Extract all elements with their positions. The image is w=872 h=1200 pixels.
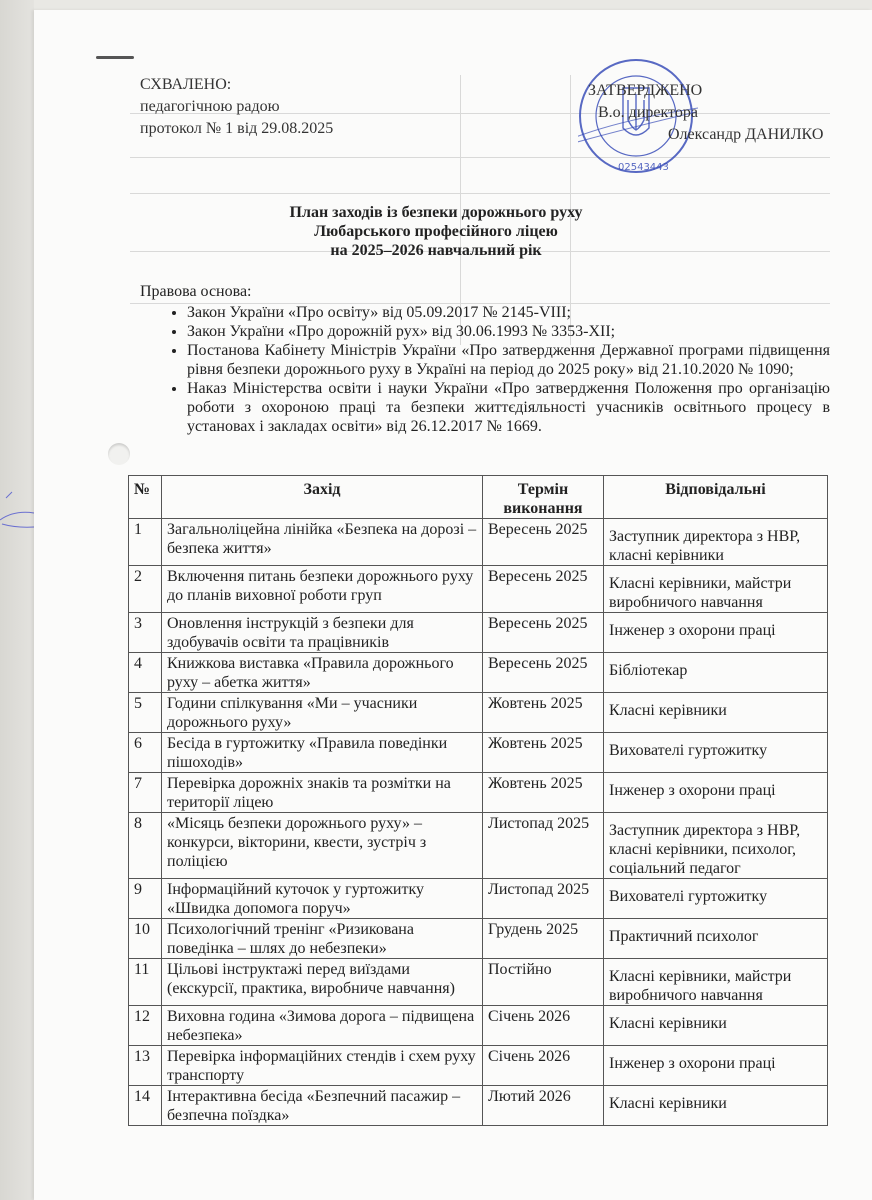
header-term: Термін виконання bbox=[483, 476, 604, 519]
legal-heading: Правова основа: bbox=[140, 282, 830, 301]
row-term: Вересень 2025 bbox=[483, 613, 604, 653]
row-activity: Загальноліцейна лінійка «Безпека на доро… bbox=[162, 519, 483, 566]
confirmation-block: ЗАТВЕРДЖЕНО В.о. директора Олександр ДАН… bbox=[568, 80, 823, 146]
activities-table: № Захід Термін виконання Відповідальні 1… bbox=[128, 475, 828, 1126]
approved-protocol: протокол № 1 від 29.08.2025 bbox=[140, 118, 333, 140]
row-responsible: Практичний психолог bbox=[604, 919, 828, 959]
confirmed-name: Олександр ДАНИЛКО bbox=[568, 124, 823, 146]
table-row: 1Загальноліцейна лінійка «Безпека на дор… bbox=[129, 519, 828, 566]
row-activity: Перевірка дорожніх знаків та розмітки на… bbox=[162, 773, 483, 813]
staple-icon bbox=[96, 56, 134, 59]
document-title: План заходів із безпеки дорожнього руху … bbox=[0, 203, 872, 260]
legal-list: Закон України «Про освіту» від 05.09.201… bbox=[140, 303, 830, 436]
row-activity: Включення питань безпеки дорожнього руху… bbox=[162, 566, 483, 613]
row-number: 2 bbox=[129, 566, 162, 613]
row-number: 1 bbox=[129, 519, 162, 566]
row-activity: «Місяць безпеки дорожнього руху» – конку… bbox=[162, 813, 483, 879]
row-responsible: Інженер з охорони праці bbox=[604, 613, 828, 653]
row-term: Жовтень 2025 bbox=[483, 733, 604, 773]
table-row: 14Інтерактивна бесіда «Безпечний пасажир… bbox=[129, 1086, 828, 1126]
row-number: 7 bbox=[129, 773, 162, 813]
row-term: Грудень 2025 bbox=[483, 919, 604, 959]
row-responsible: Класні керівники bbox=[604, 1086, 828, 1126]
table-row: 12Виховна година «Зимова дорога – підвищ… bbox=[129, 1006, 828, 1046]
punch-hole-icon bbox=[108, 443, 130, 465]
pen-mark-icon bbox=[0, 480, 34, 540]
row-term: Вересень 2025 bbox=[483, 653, 604, 693]
row-number: 5 bbox=[129, 693, 162, 733]
legal-item: Наказ Міністерства освіти і науки Україн… bbox=[187, 379, 830, 436]
row-activity: Книжкова виставка «Правила дорожнього ру… bbox=[162, 653, 483, 693]
header-number: № bbox=[129, 476, 162, 519]
row-activity: Оновлення інструкцій з безпеки для здобу… bbox=[162, 613, 483, 653]
table-row: 3Оновлення інструкцій з безпеки для здоб… bbox=[129, 613, 828, 653]
title-line-1: План заходів із безпеки дорожнього руху bbox=[0, 203, 872, 222]
row-responsible: Класні керівники bbox=[604, 693, 828, 733]
row-term: Січень 2026 bbox=[483, 1006, 604, 1046]
table-row: 7Перевірка дорожніх знаків та розмітки н… bbox=[129, 773, 828, 813]
row-term: Вересень 2025 bbox=[483, 566, 604, 613]
row-responsible: Класні керівники bbox=[604, 1006, 828, 1046]
svg-text:02543443: 02543443 bbox=[618, 162, 669, 173]
row-responsible: Вихователі гуртожитку bbox=[604, 879, 828, 919]
title-line-3: на 2025–2026 навчальний рік bbox=[0, 241, 872, 260]
table-row: 13Перевірка інформаційних стендів і схем… bbox=[129, 1046, 828, 1086]
row-term: Вересень 2025 bbox=[483, 519, 604, 566]
row-activity: Перевірка інформаційних стендів і схем р… bbox=[162, 1046, 483, 1086]
row-responsible: Заступник директора з НВР, класні керівн… bbox=[604, 519, 828, 566]
confirmed-position: В.о. директора bbox=[568, 102, 823, 124]
row-activity: Психологічний тренінг «Ризикована поведі… bbox=[162, 919, 483, 959]
row-activity: Бесіда в гуртожитку «Правила поведінки п… bbox=[162, 733, 483, 773]
row-number: 14 bbox=[129, 1086, 162, 1126]
row-term: Листопад 2025 bbox=[483, 879, 604, 919]
row-number: 12 bbox=[129, 1006, 162, 1046]
legal-item: Закон України «Про дорожній рух» від 30.… bbox=[187, 322, 830, 341]
approval-block: СХВАЛЕНО: педагогічною радою протокол № … bbox=[140, 74, 333, 140]
table-row: 10Психологічний тренінг «Ризикована пове… bbox=[129, 919, 828, 959]
row-responsible: Заступник директора з НВР, класні керівн… bbox=[604, 813, 828, 879]
header-responsible: Відповідальні bbox=[604, 476, 828, 519]
header-activity: Захід bbox=[162, 476, 483, 519]
table-row: 6Бесіда в гуртожитку «Правила поведінки … bbox=[129, 733, 828, 773]
row-activity: Інтерактивна бесіда «Безпечний пасажир –… bbox=[162, 1086, 483, 1126]
row-number: 10 bbox=[129, 919, 162, 959]
row-number: 8 bbox=[129, 813, 162, 879]
title-line-2: Любарського професійного ліцею bbox=[0, 222, 872, 241]
table-row: 8«Місяць безпеки дорожнього руху» – конк… bbox=[129, 813, 828, 879]
row-number: 13 bbox=[129, 1046, 162, 1086]
row-activity: Години спілкування «Ми – учасники дорожн… bbox=[162, 693, 483, 733]
row-term: Лютий 2026 bbox=[483, 1086, 604, 1126]
row-activity: Виховна година «Зимова дорога – підвищен… bbox=[162, 1006, 483, 1046]
row-term: Жовтень 2025 bbox=[483, 693, 604, 733]
row-activity: Інформаційний куточок у гуртожитку «Швид… bbox=[162, 879, 483, 919]
row-responsible: Класні керівники, майстри виробничого на… bbox=[604, 566, 828, 613]
row-term: Січень 2026 bbox=[483, 1046, 604, 1086]
table-row: 9Інформаційний куточок у гуртожитку «Шви… bbox=[129, 879, 828, 919]
row-responsible: Вихователі гуртожитку bbox=[604, 733, 828, 773]
table-row: 5Години спілкування «Ми – учасники дорож… bbox=[129, 693, 828, 733]
row-responsible: Інженер з охорони праці bbox=[604, 1046, 828, 1086]
scan-background bbox=[0, 0, 34, 1200]
row-term: Жовтень 2025 bbox=[483, 773, 604, 813]
table-row: 4Книжкова виставка «Правила дорожнього р… bbox=[129, 653, 828, 693]
row-responsible: Бібліотекар bbox=[604, 653, 828, 693]
legal-basis: Правова основа: Закон України «Про освіт… bbox=[140, 282, 830, 436]
legal-item: Закон України «Про освіту» від 05.09.201… bbox=[187, 303, 830, 322]
row-number: 4 bbox=[129, 653, 162, 693]
table-header-row: № Захід Термін виконання Відповідальні bbox=[129, 476, 828, 519]
row-number: 9 bbox=[129, 879, 162, 919]
row-activity: Цільові інструктажі перед виїздами (екск… bbox=[162, 959, 483, 1006]
row-term: Листопад 2025 bbox=[483, 813, 604, 879]
row-term: Постійно bbox=[483, 959, 604, 1006]
row-responsible: Інженер з охорони праці bbox=[604, 773, 828, 813]
table-row: 2Включення питань безпеки дорожнього рух… bbox=[129, 566, 828, 613]
confirmed-label: ЗАТВЕРДЖЕНО bbox=[568, 80, 823, 102]
approved-body: педагогічною радою bbox=[140, 96, 333, 118]
row-responsible: Класні керівники, майстри виробничого на… bbox=[604, 959, 828, 1006]
row-number: 11 bbox=[129, 959, 162, 1006]
row-number: 6 bbox=[129, 733, 162, 773]
legal-item: Постанова Кабінету Міністрів України «Пр… bbox=[187, 341, 830, 379]
row-number: 3 bbox=[129, 613, 162, 653]
approved-label: СХВАЛЕНО: bbox=[140, 74, 333, 96]
table-row: 11Цільові інструктажі перед виїздами (ек… bbox=[129, 959, 828, 1006]
